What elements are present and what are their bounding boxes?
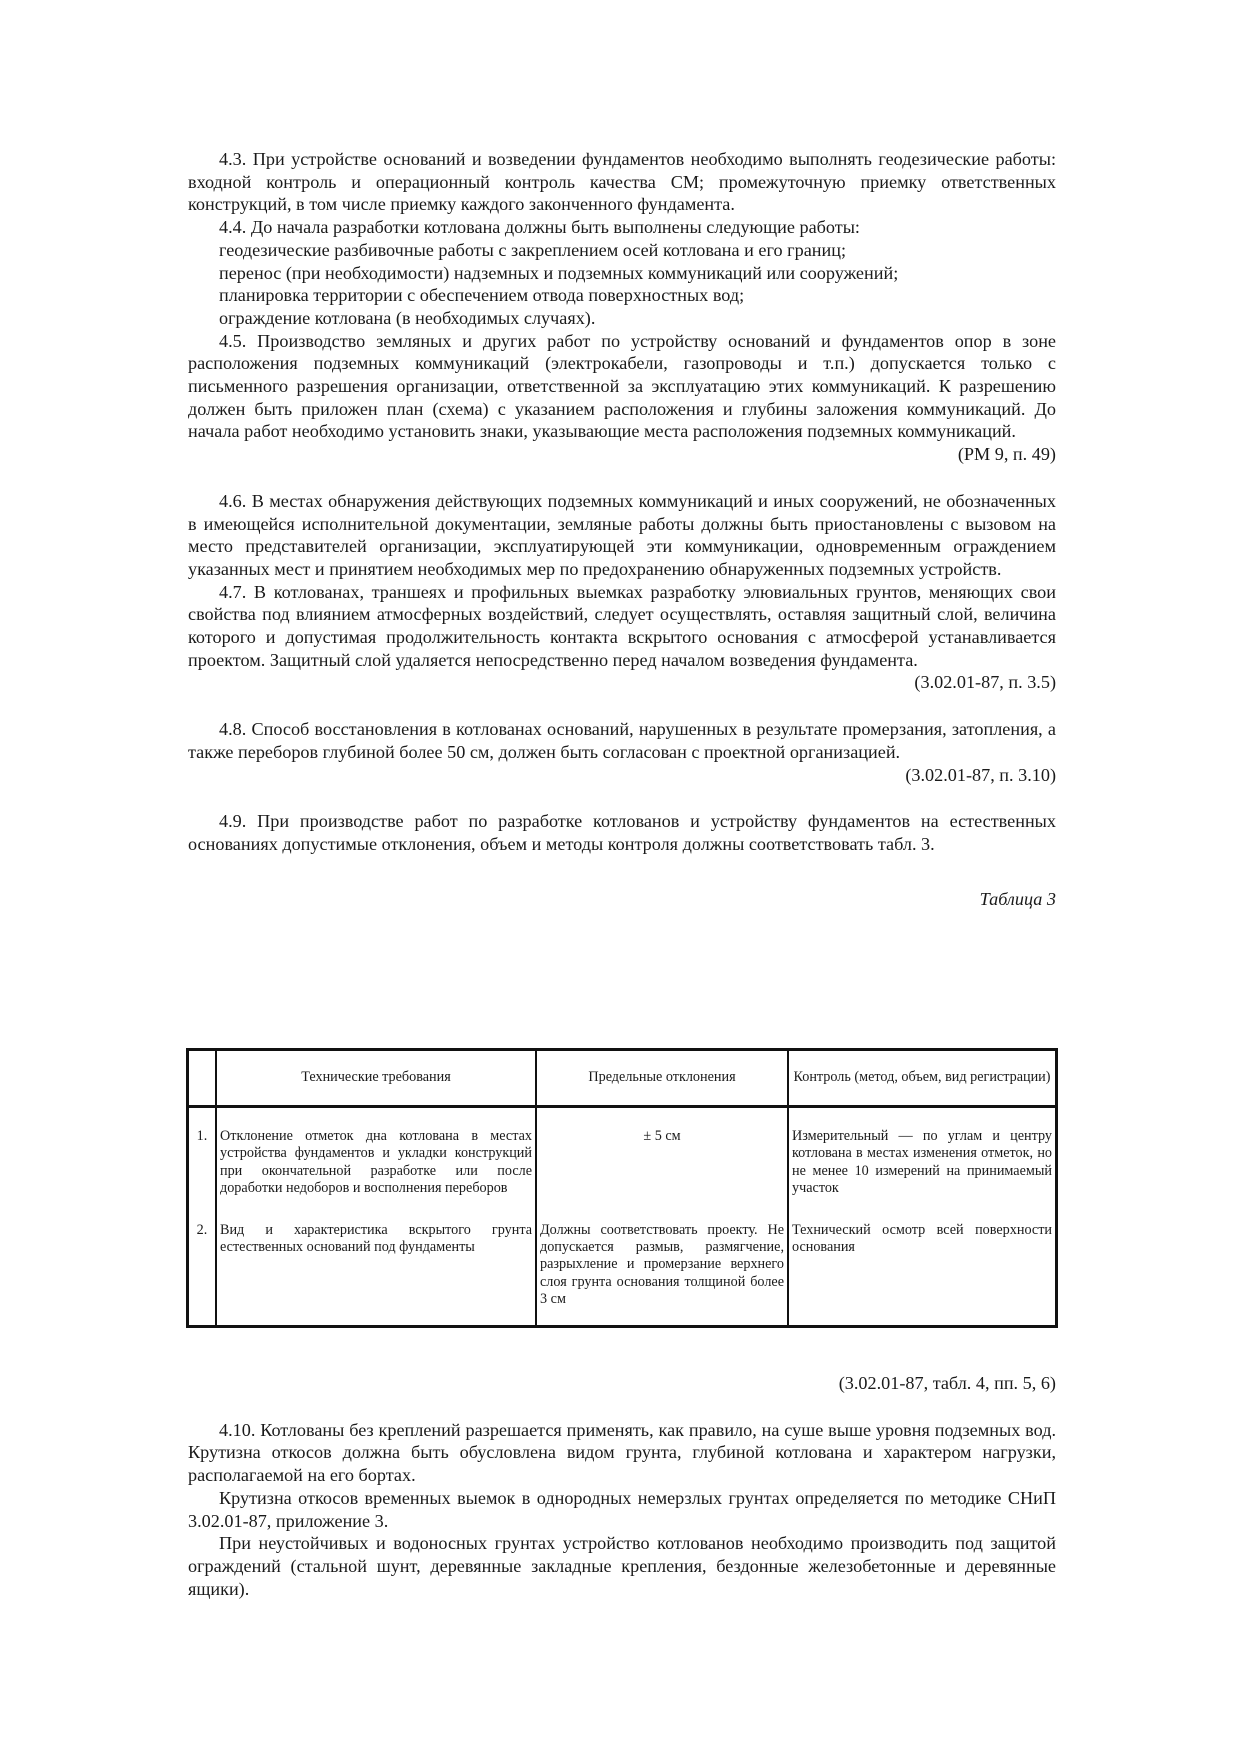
paragraph-4-4: 4.4. До начала разработки котлована долж… [188, 216, 1056, 239]
paragraph-4-10: 4.10. Котлованы без креплений разрешаетс… [188, 1419, 1056, 1487]
paragraph-4-5: 4.5. Производство земляных и других рабо… [188, 330, 1056, 444]
row-number: 1. [188, 1107, 217, 1212]
header-control: Контроль (метод, объем, вид регистрации) [788, 1050, 1057, 1107]
header-num [188, 1050, 217, 1107]
header-requirements: Технические требования [216, 1050, 536, 1107]
header-deviations: Предельные отклонения [536, 1050, 788, 1107]
reference-4-7: (3.02.01-87, п. 3.5) [188, 671, 1056, 694]
deviation-cell: Должны соответствовать проекту. Не допус… [536, 1212, 788, 1327]
document-page: 4.3. При устройстве оснований и возведен… [188, 148, 1056, 910]
table-3: Технические требования Предельные отклон… [186, 1048, 1058, 1328]
row-number: 2. [188, 1212, 217, 1327]
paragraph-4-8: 4.8. Способ восстановления в котлованах … [188, 718, 1056, 763]
control-cell: Технический осмотр всей поверхности осно… [788, 1212, 1057, 1327]
table-row: 2. Вид и характеристика вскрытого грунта… [188, 1212, 1057, 1327]
paragraph-4-10-shoring: При неустойчивых и водоносных грунтах ус… [188, 1532, 1056, 1600]
table-header-row: Технические требования Предельные отклон… [188, 1050, 1057, 1107]
requirement-cell: Вид и характеристика вскрытого грунта ес… [216, 1212, 536, 1327]
paragraph-4-3: 4.3. При устройстве оснований и возведен… [188, 148, 1056, 216]
list-item: планировка территории с обеспечением отв… [188, 284, 1056, 307]
reference-4-8: (3.02.01-87, п. 3.10) [188, 764, 1056, 787]
reference-4-5: (РМ 9, п. 49) [188, 443, 1056, 466]
paragraph-4-7: 4.7. В котлованах, траншеях и профильных… [188, 581, 1056, 672]
control-cell: Измерительный — по углам и центру котлов… [788, 1107, 1057, 1212]
paragraph-4-6: 4.6. В местах обнаружения действующих по… [188, 490, 1056, 581]
table-caption: Таблица 3 [188, 888, 1056, 911]
table-row: 1. Отклонение отметок дна котлована в ме… [188, 1107, 1057, 1212]
paragraph-4-9: 4.9. При производстве работ по разработк… [188, 810, 1056, 855]
list-item: перенос (при необходимости) надземных и … [188, 262, 1056, 285]
requirement-cell: Отклонение отметок дна котлована в места… [216, 1107, 536, 1212]
document-page-bottom: (3.02.01-87, табл. 4, пп. 5, 6) 4.10. Ко… [188, 1372, 1056, 1600]
list-item: геодезические разбивочные работы с закре… [188, 239, 1056, 262]
paragraph-4-10-slopes: Крутизна откосов временных выемок в одно… [188, 1487, 1056, 1532]
reference-table: (3.02.01-87, табл. 4, пп. 5, 6) [188, 1372, 1056, 1395]
list-item: ограждение котлована (в необходимых случ… [188, 307, 1056, 330]
deviation-cell: ± 5 см [536, 1107, 788, 1212]
